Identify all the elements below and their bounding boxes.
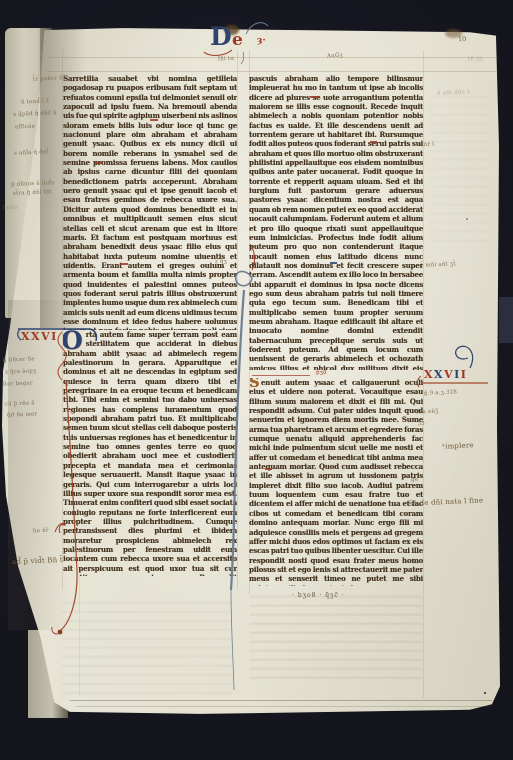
rubric-tick: [150, 119, 158, 121]
show-through-text: [428, 96, 490, 246]
ruling-line-horizontal: [48, 71, 498, 72]
column-b-text-upper: pascuis abraham alio tempore bilinsmur i…: [249, 74, 423, 370]
marginal-gloss: ʒ̃ʒ: [418, 420, 425, 426]
chapter-xxvii-letter: I: [454, 368, 461, 381]
chapter-xxvi-label: XXVI: [21, 330, 58, 343]
marginal-gloss: ad̃ p̃ vid̃t Bñ t̃: [12, 557, 63, 565]
rubric-tick: [310, 96, 319, 98]
marginal-gloss: ge: [411, 477, 418, 483]
rubric-gloss: p̃ʒ8: [316, 370, 327, 376]
column-a-text-chapter-xxvi: Orta autem fame super terram post eam st…: [63, 330, 237, 576]
marginal-gloss: ha ñr̃: [33, 528, 49, 535]
marginal-gloss: ñ tond̃ ĩ s̃: [21, 98, 49, 105]
running-header-letter-d: D: [210, 24, 232, 49]
rubric-tick: [95, 162, 102, 164]
rubric-tick: [120, 263, 128, 265]
column-a-text-upper: Sarretilia sauabet vbi nomina getilleia …: [63, 74, 237, 330]
speck: [484, 692, 486, 694]
column-a-chapter-body: rta autem fame super terram post eam ste…: [63, 330, 237, 576]
leaf-edge-line: [70, 700, 492, 701]
chapter-number-xxvii: XXVII: [424, 369, 467, 380]
show-through-text: [250, 596, 422, 684]
marginal-gloss-implere: ˣimplere: [442, 442, 474, 449]
rubric-tick: [370, 141, 377, 143]
rubric-tick-blue: [330, 262, 337, 264]
leaf-edge-line: [76, 706, 490, 707]
chapter-xxvii-letter: X: [434, 368, 444, 381]
marginal-gloss: uñr̃ ĩ: [420, 142, 434, 149]
running-header-section-mark: ȝ·: [257, 36, 266, 46]
column-b-text-chapter-xxvii: Senuit autem ysaac et caligauerunt oculi…: [249, 378, 423, 586]
gutter-gloss: ſñi tu: [218, 56, 234, 63]
chapter-xxvii-letter: X: [424, 368, 434, 381]
ruling-line-vertical: [237, 50, 238, 590]
marginal-gloss: afficãe: [15, 124, 35, 131]
rubric-tick: [265, 468, 272, 470]
marginal-gloss: tñ ʒʒ: [468, 56, 483, 63]
rubric-underline: [252, 375, 310, 376]
ruling-line-horizontal: [48, 57, 498, 58]
marginal-gloss: ñr̃a eñʒ̃: [416, 409, 439, 416]
gutter-shadow-lower: [8, 300, 68, 630]
strip-gloss: heña: [3, 205, 18, 212]
gutter-gloss: z q̃ʒ: [215, 259, 227, 266]
marginal-gloss: AuG̃ʒ: [327, 53, 343, 60]
running-header-letter-e: e: [232, 32, 243, 49]
column-b-chapter-body: enuit autem ysaac et caligauerunt oculi …: [249, 378, 423, 586]
chapter-xxvii-letter: V: [444, 368, 454, 381]
chapter-number-xxvi: XXVI: [21, 331, 58, 342]
background-patch: [499, 297, 513, 343]
explicit-mark: · bʒo8 · q̃ʒc̃ ·: [292, 592, 345, 599]
show-through-text: [62, 602, 232, 694]
manuscript-photo: D e ȝ· 10 Sarretilia sauabet vbi nomina …: [0, 0, 513, 760]
folio-number: 10: [458, 35, 467, 44]
chapter-xxvii-letter: I: [461, 368, 468, 381]
